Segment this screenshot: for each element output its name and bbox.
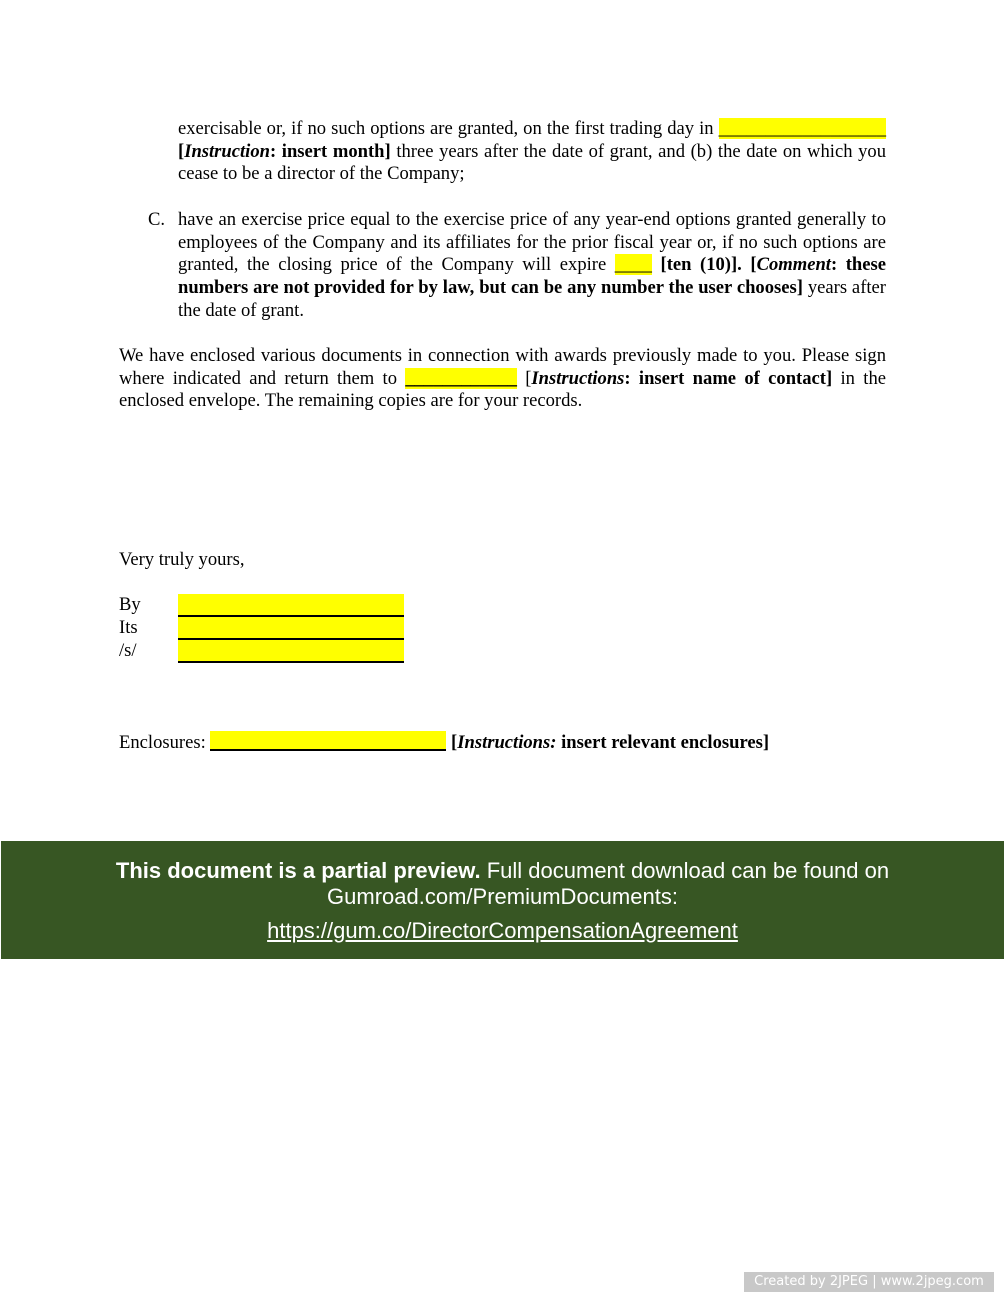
default-years: [ten (10)]. xyxy=(652,254,742,275)
closing-salutation: Very truly yours, xyxy=(119,549,245,572)
signature-field-s[interactable] xyxy=(178,640,404,663)
signature-field-its[interactable] xyxy=(178,617,404,640)
download-link[interactable]: https://gum.co/DirectorCompensationAgree… xyxy=(267,918,738,944)
enclosures-blank-field[interactable] xyxy=(210,731,446,751)
enclosures-label: Enclosures: xyxy=(119,732,210,753)
contact-blank-field[interactable]: ____________ xyxy=(405,368,517,389)
month-blank-field[interactable]: __________________ xyxy=(719,118,886,139)
signature-label-s: /s/ xyxy=(119,640,137,663)
watermark: Created by 2JPEG | www.2jpeg.com xyxy=(744,1272,994,1292)
instruction-label: Instructions xyxy=(531,368,624,389)
signature-label-its: Its xyxy=(119,617,138,640)
enclosed-documents-paragraph: We have enclosed various documents in co… xyxy=(119,345,886,413)
instruction-bracket: [ xyxy=(517,368,532,389)
years-blank-field[interactable]: ____ xyxy=(615,254,652,275)
banner-bold-text: This document is a partial preview. xyxy=(116,858,481,883)
instruction-bracket: [ xyxy=(446,732,457,753)
item-b-continuation: exercisable or, if no such options are g… xyxy=(178,118,886,186)
instruction-label: Instructions: xyxy=(457,732,556,753)
signature-label-by: By xyxy=(119,594,141,617)
instruction-label: Instruction xyxy=(184,141,270,162)
signature-field-by[interactable] xyxy=(178,594,404,617)
item-c-label: C. xyxy=(148,209,165,232)
item-b-text: exercisable or, if no such options are g… xyxy=(178,118,714,139)
comment-label: Comment xyxy=(757,254,831,275)
banner-message: This document is a partial preview. Full… xyxy=(1,841,1004,910)
instruction-text: insert relevant enclosures] xyxy=(556,732,769,753)
enclosures-line: Enclosures: [Instructions: insert releva… xyxy=(119,731,769,755)
instruction-text: : insert name of contact] xyxy=(624,368,832,389)
item-c-paragraph: have an exercise price equal to the exer… xyxy=(178,209,886,323)
instruction-text: : insert month] xyxy=(270,141,391,162)
preview-banner: This document is a partial preview. Full… xyxy=(1,841,1004,959)
